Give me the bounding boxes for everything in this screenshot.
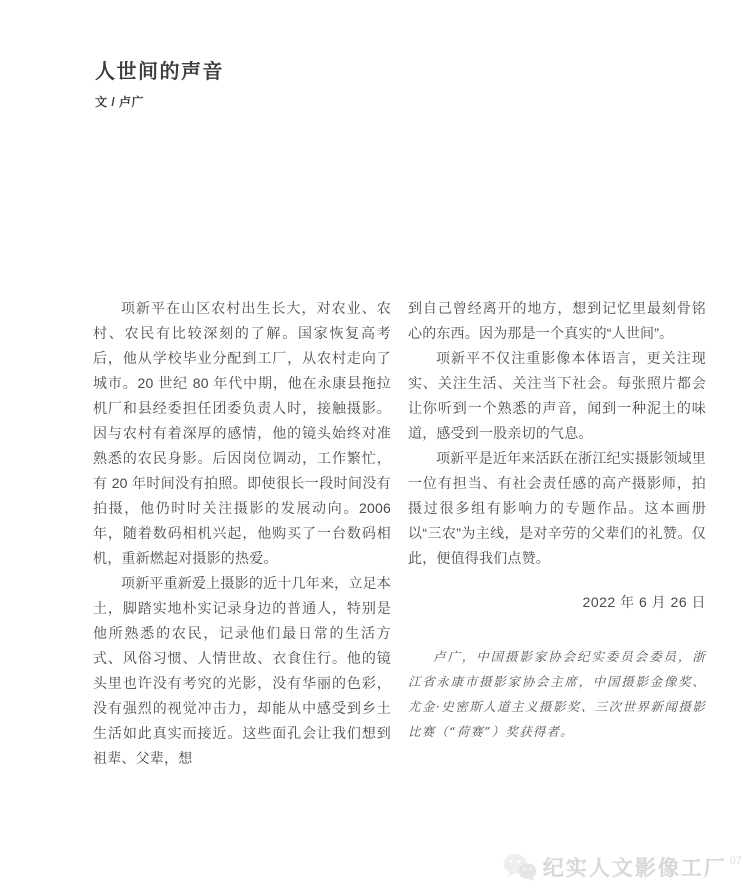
byline: 文 / 卢广 bbox=[95, 93, 224, 110]
article-body: 项新平在山区农村出生长大，对农业、农村、农民有比较深刻的了解。国家恢复高考后，他… bbox=[93, 296, 706, 771]
paragraph: 项新平在山区农村出生长大，对农业、农村、农民有比较深刻的了解。国家恢复高考后，他… bbox=[93, 296, 391, 571]
right-column: 到自己曾经离开的地方，想到记忆里最刻骨铭心的东西。因为那是一个真实的“人世间”。… bbox=[408, 296, 706, 771]
page-footer: 纪实人文影像工厂 07 bbox=[502, 852, 742, 882]
article-header: 人世间的声音 文 / 卢广 bbox=[95, 55, 224, 110]
paragraph: 项新平是近年来活跃在浙江纪实摄影领域里一位有担当、有社会责任感的高产摄影师，拍摄… bbox=[408, 446, 706, 571]
page-number: 07 bbox=[730, 852, 742, 867]
paragraph: 到自己曾经离开的地方，想到记忆里最刻骨铭心的东西。因为那是一个真实的“人世间”。 bbox=[408, 296, 706, 346]
paragraph: 项新平不仅注重影像本体语言，更关注现实、关注生活、关注当下社会。每张照片都会让你… bbox=[408, 346, 706, 446]
left-column: 项新平在山区农村出生长大，对农业、农村、农民有比较深刻的了解。国家恢复高考后，他… bbox=[93, 296, 391, 771]
wechat-icon bbox=[502, 852, 538, 882]
author-bio: 卢广，中国摄影家协会纪实委员会委员，浙江省永康市摄影家协会主席，中国摄影金像奖、… bbox=[408, 644, 706, 744]
footer-brand: 纪实人文影像工厂 bbox=[543, 852, 727, 882]
article-date: 2022 年 6 月 26 日 bbox=[408, 592, 706, 612]
magazine-page: 人世间的声音 文 / 卢广 项新平在山区农村出生长大，对农业、农村、农民有比较深… bbox=[0, 0, 750, 890]
page-title: 人世间的声音 bbox=[95, 55, 224, 84]
paragraph: 项新平重新爱上摄影的近十几年来，立足本土，脚踏实地朴实记录身边的普通人，特别是他… bbox=[93, 571, 391, 771]
